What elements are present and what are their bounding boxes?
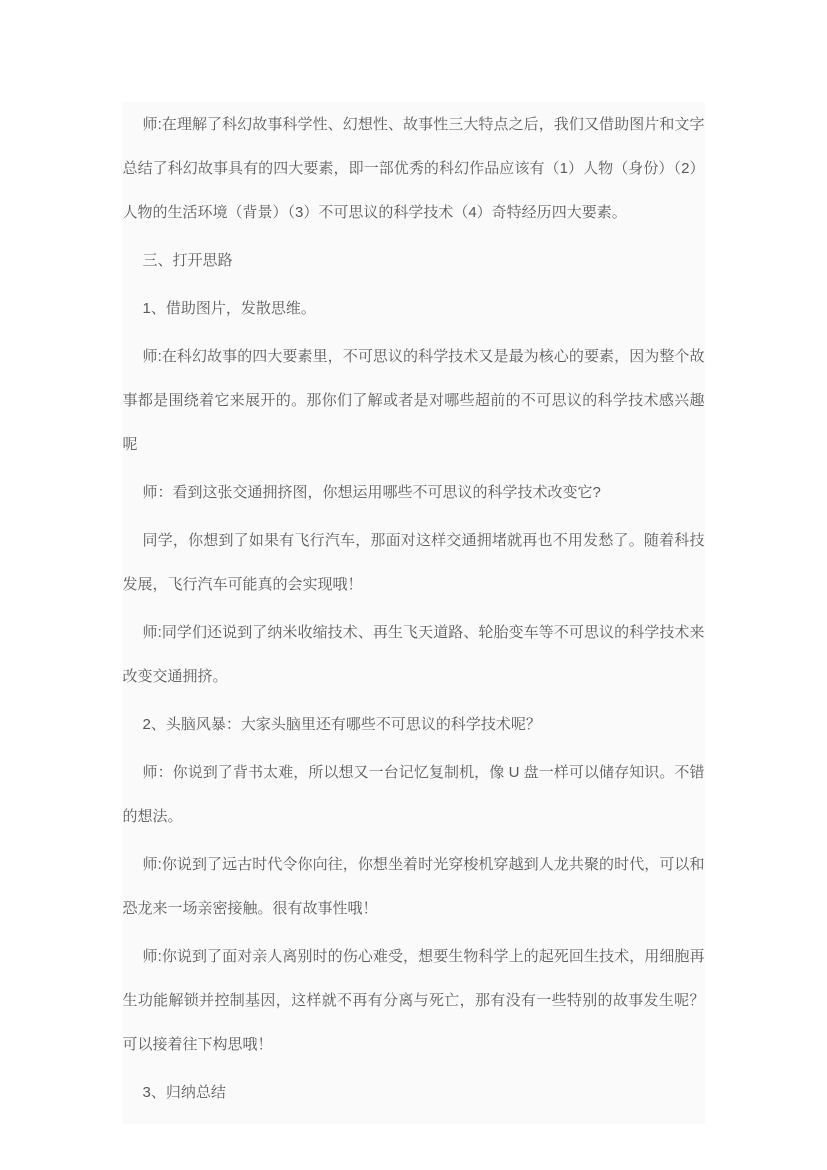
paragraph-teacher-traffic-question: 师：看到这张交通拥挤图，你想运用哪些不可思议的科学技术改变它? (123, 471, 705, 515)
paragraph-teacher-nano-tech: 师:同学们还说到了纳米收缩技术、再生飞天道路、轮胎变车等不可思议的科学技术来改变… (123, 611, 705, 699)
paragraph-student-flying-car: 同学，你想到了如果有飞行汽车，那面对这样交通拥堵就再也不用发愁了。随着科技发展，… (123, 519, 705, 607)
document-body: 师:在理解了科幻故事科学性、幻想性、故事性三大特点之后，我们又借助图片和文字总结… (123, 102, 705, 1124)
paragraph-teacher-time-machine: 师:你说到了远古时代令你向往，你想坐着时光穿梭机穿越到人龙共聚的时代，可以和恐龙… (123, 843, 705, 931)
heading-step-3-summary: 3、归纳总结 (123, 1071, 705, 1115)
heading-section-three: 三、打开思路 (123, 239, 705, 283)
paragraph-teacher-memory-machine: 师：你说到了背书太难，所以想又一台记忆复制机，像 U 盘一样可以储存知识。不错的… (123, 751, 705, 839)
heading-step-2-brainstorm: 2、头脑风暴：大家头脑里还有哪些不可思议的科学技术呢？ (123, 703, 705, 747)
paragraph-teacher-core-element: 师:在科幻故事的四大要素里，不可思议的科学技术又是最为核心的要素，因为整个故事都… (123, 335, 705, 467)
heading-step-1: 1、借助图片，发散思维。 (123, 287, 705, 331)
paragraph-teacher-revival-tech: 师:你说到了面对亲人离别时的伤心难受，想要生物科学上的起死回生技术，用细胞再生功… (123, 935, 705, 1067)
page: { "document": { "panel_background": "#fa… (0, 0, 827, 1170)
paragraph-teacher-summary: 师:在理解了科幻故事科学性、幻想性、故事性三大特点之后，我们又借助图片和文字总结… (123, 103, 705, 235)
